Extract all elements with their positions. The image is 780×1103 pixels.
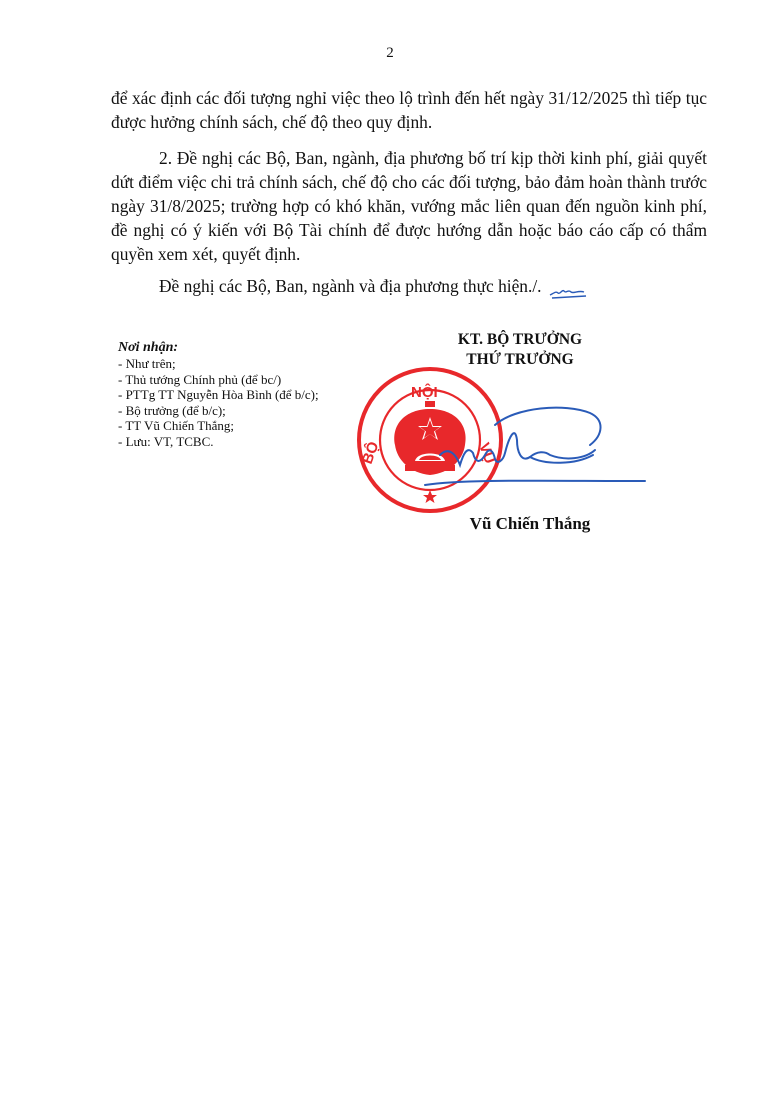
- stamp-text-left: BỘ: [358, 439, 383, 467]
- paragraph-text: 2. Đề nghị các Bộ, Ban, ngành, địa phươn…: [111, 146, 707, 266]
- recipients-title: Nơi nhận:: [118, 340, 319, 356]
- paragraph-item-2: 2. Đề nghị các Bộ, Ban, ngành, địa phươn…: [111, 146, 707, 266]
- initials-mark-icon: [548, 283, 588, 301]
- recipient-item: - TT Vũ Chiến Thắng;: [118, 418, 319, 434]
- recipient-item: - Bộ trưởng (để b/c);: [118, 403, 319, 419]
- recipient-item: - Như trên;: [118, 356, 319, 372]
- recipient-item: - PTTg TT Nguyễn Hòa Bình (để b/c);: [118, 387, 319, 403]
- recipient-item: - Lưu: VT, TCBC.: [118, 434, 319, 450]
- recipient-item: - Thủ tướng Chính phủ (để bc/): [118, 372, 319, 388]
- paragraph-text: để xác định các đối tượng nghỉ việc theo…: [111, 86, 707, 134]
- signer-title-block: KT. BỘ TRƯỞNG THỨ TRƯỞNG: [420, 330, 620, 370]
- paragraph-closing: Đề nghị các Bộ, Ban, ngành và địa phương…: [111, 274, 707, 298]
- paragraph-text: Đề nghị các Bộ, Ban, ngành và địa phương…: [111, 274, 707, 298]
- paragraph-continuation: để xác định các đối tượng nghỉ việc theo…: [111, 86, 707, 134]
- signer-name: Vũ Chiến Thắng: [430, 514, 630, 534]
- handwritten-signature-icon: [405, 395, 650, 495]
- signer-title-line1: KT. BỘ TRƯỞNG: [420, 330, 620, 350]
- page-number: 2: [0, 45, 780, 62]
- recipients-list: Nơi nhận: - Như trên; - Thủ tướng Chính …: [118, 340, 319, 449]
